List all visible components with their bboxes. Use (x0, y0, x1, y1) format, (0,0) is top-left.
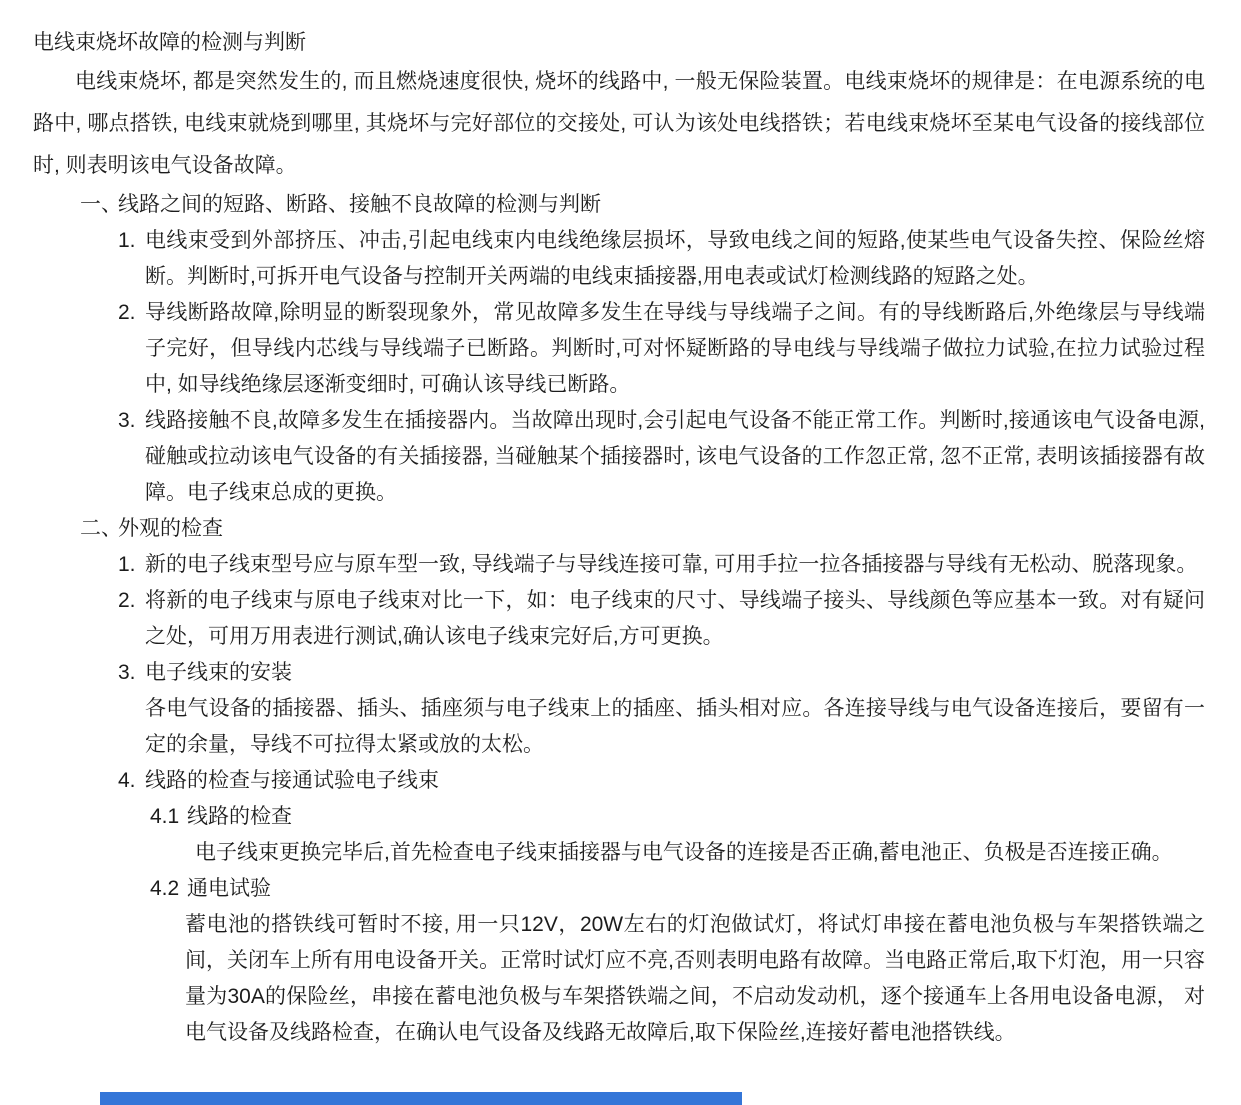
list-item: 4. 线路的检查与接通试验电子线束 (118, 763, 1205, 799)
subsection-paragraph: 蓄电池的搭铁线可暂时不接, 用一只12V，20W左右的灯泡做试灯，将试灯串接在蓄… (185, 907, 1205, 1051)
list-item: 3. 线路接触不良,故障多发生在插接器内。当故障出现时,会引起电气设备不能正常工… (118, 403, 1205, 511)
item-sub-paragraph: 各电气设备的插接器、插头、插座须与电子线束上的插座、插头相对应。各连接导线与电气… (145, 691, 1205, 763)
subsection-title: 线路的检查 (187, 799, 292, 835)
list-item: 2. 将新的电子线束与原电子线束对比一下，如：电子线束的尺寸、导线端子接头、导线… (118, 583, 1205, 655)
section-1-marker: 一、 (80, 187, 118, 223)
item-number: 3. (118, 403, 145, 511)
item-number: 1. (118, 547, 145, 583)
bottom-blue-bar (100, 1092, 742, 1105)
subsection-number: 4.2 (150, 871, 187, 907)
section-2-heading: 二、 外观的检查 (80, 511, 1205, 547)
section-1-heading: 一、 线路之间的短路、断路、接触不良故障的检测与判断 (80, 187, 1205, 223)
subsection-paragraph: 电子线束更换完毕后,首先检查电子线束插接器与电气设备的连接是否正确,蓄电池正、负… (185, 835, 1205, 871)
subsection-title: 通电试验 (187, 871, 271, 907)
subsection-number: 4.1 (150, 799, 187, 835)
item-text: 电线束受到外部挤压、冲击,引起电线束内电线绝缘层损坏，导致电线之间的短路,使某些… (145, 223, 1205, 295)
section-1-title: 线路之间的短路、断路、接触不良故障的检测与判断 (118, 187, 601, 223)
item-number: 4. (118, 763, 145, 799)
item-text: 线路的检查与接通试验电子线束 (145, 763, 1205, 799)
document-title: 电线束烧坏故障的检测与判断 (33, 24, 1205, 61)
intro-paragraph: 电线束烧坏, 都是突然发生的, 而且燃烧速度很快, 烧坏的线路中, 一般无保险装… (33, 61, 1205, 187)
document-page: 电线束烧坏故障的检测与判断 电线束烧坏, 都是突然发生的, 而且燃烧速度很快, … (0, 0, 1241, 1051)
list-item: 2. 导线断路故障,除明显的断裂现象外，常见故障多发生在导线与导线端子之间。有的… (118, 295, 1205, 403)
item-number: 2. (118, 295, 145, 403)
item-text: 电子线束的安装 (145, 655, 1205, 691)
item-text: 导线断路故障,除明显的断裂现象外，常见故障多发生在导线与导线端子之间。有的导线断… (145, 295, 1205, 403)
list-item: 1. 新的电子线束型号应与原车型一致, 导线端子与导线连接可靠, 可用手拉一拉各… (118, 547, 1205, 583)
subsection-heading: 4.1 线路的检查 (150, 799, 1205, 835)
item-text: 新的电子线束型号应与原车型一致, 导线端子与导线连接可靠, 可用手拉一拉各插接器… (145, 547, 1205, 583)
subsection-heading: 4.2 通电试验 (150, 871, 1205, 907)
list-item: 1. 电线束受到外部挤压、冲击,引起电线束内电线绝缘层损坏，导致电线之间的短路,… (118, 223, 1205, 295)
item-number: 3. (118, 655, 145, 691)
item-text: 线路接触不良,故障多发生在插接器内。当故障出现时,会引起电气设备不能正常工作。判… (145, 403, 1205, 511)
item-number: 2. (118, 583, 145, 655)
section-2-title: 外观的检查 (118, 511, 223, 547)
item-text: 将新的电子线束与原电子线束对比一下，如：电子线束的尺寸、导线端子接头、导线颜色等… (145, 583, 1205, 655)
section-2-marker: 二、 (80, 511, 118, 547)
list-item: 3. 电子线束的安装 (118, 655, 1205, 691)
item-number: 1. (118, 223, 145, 295)
